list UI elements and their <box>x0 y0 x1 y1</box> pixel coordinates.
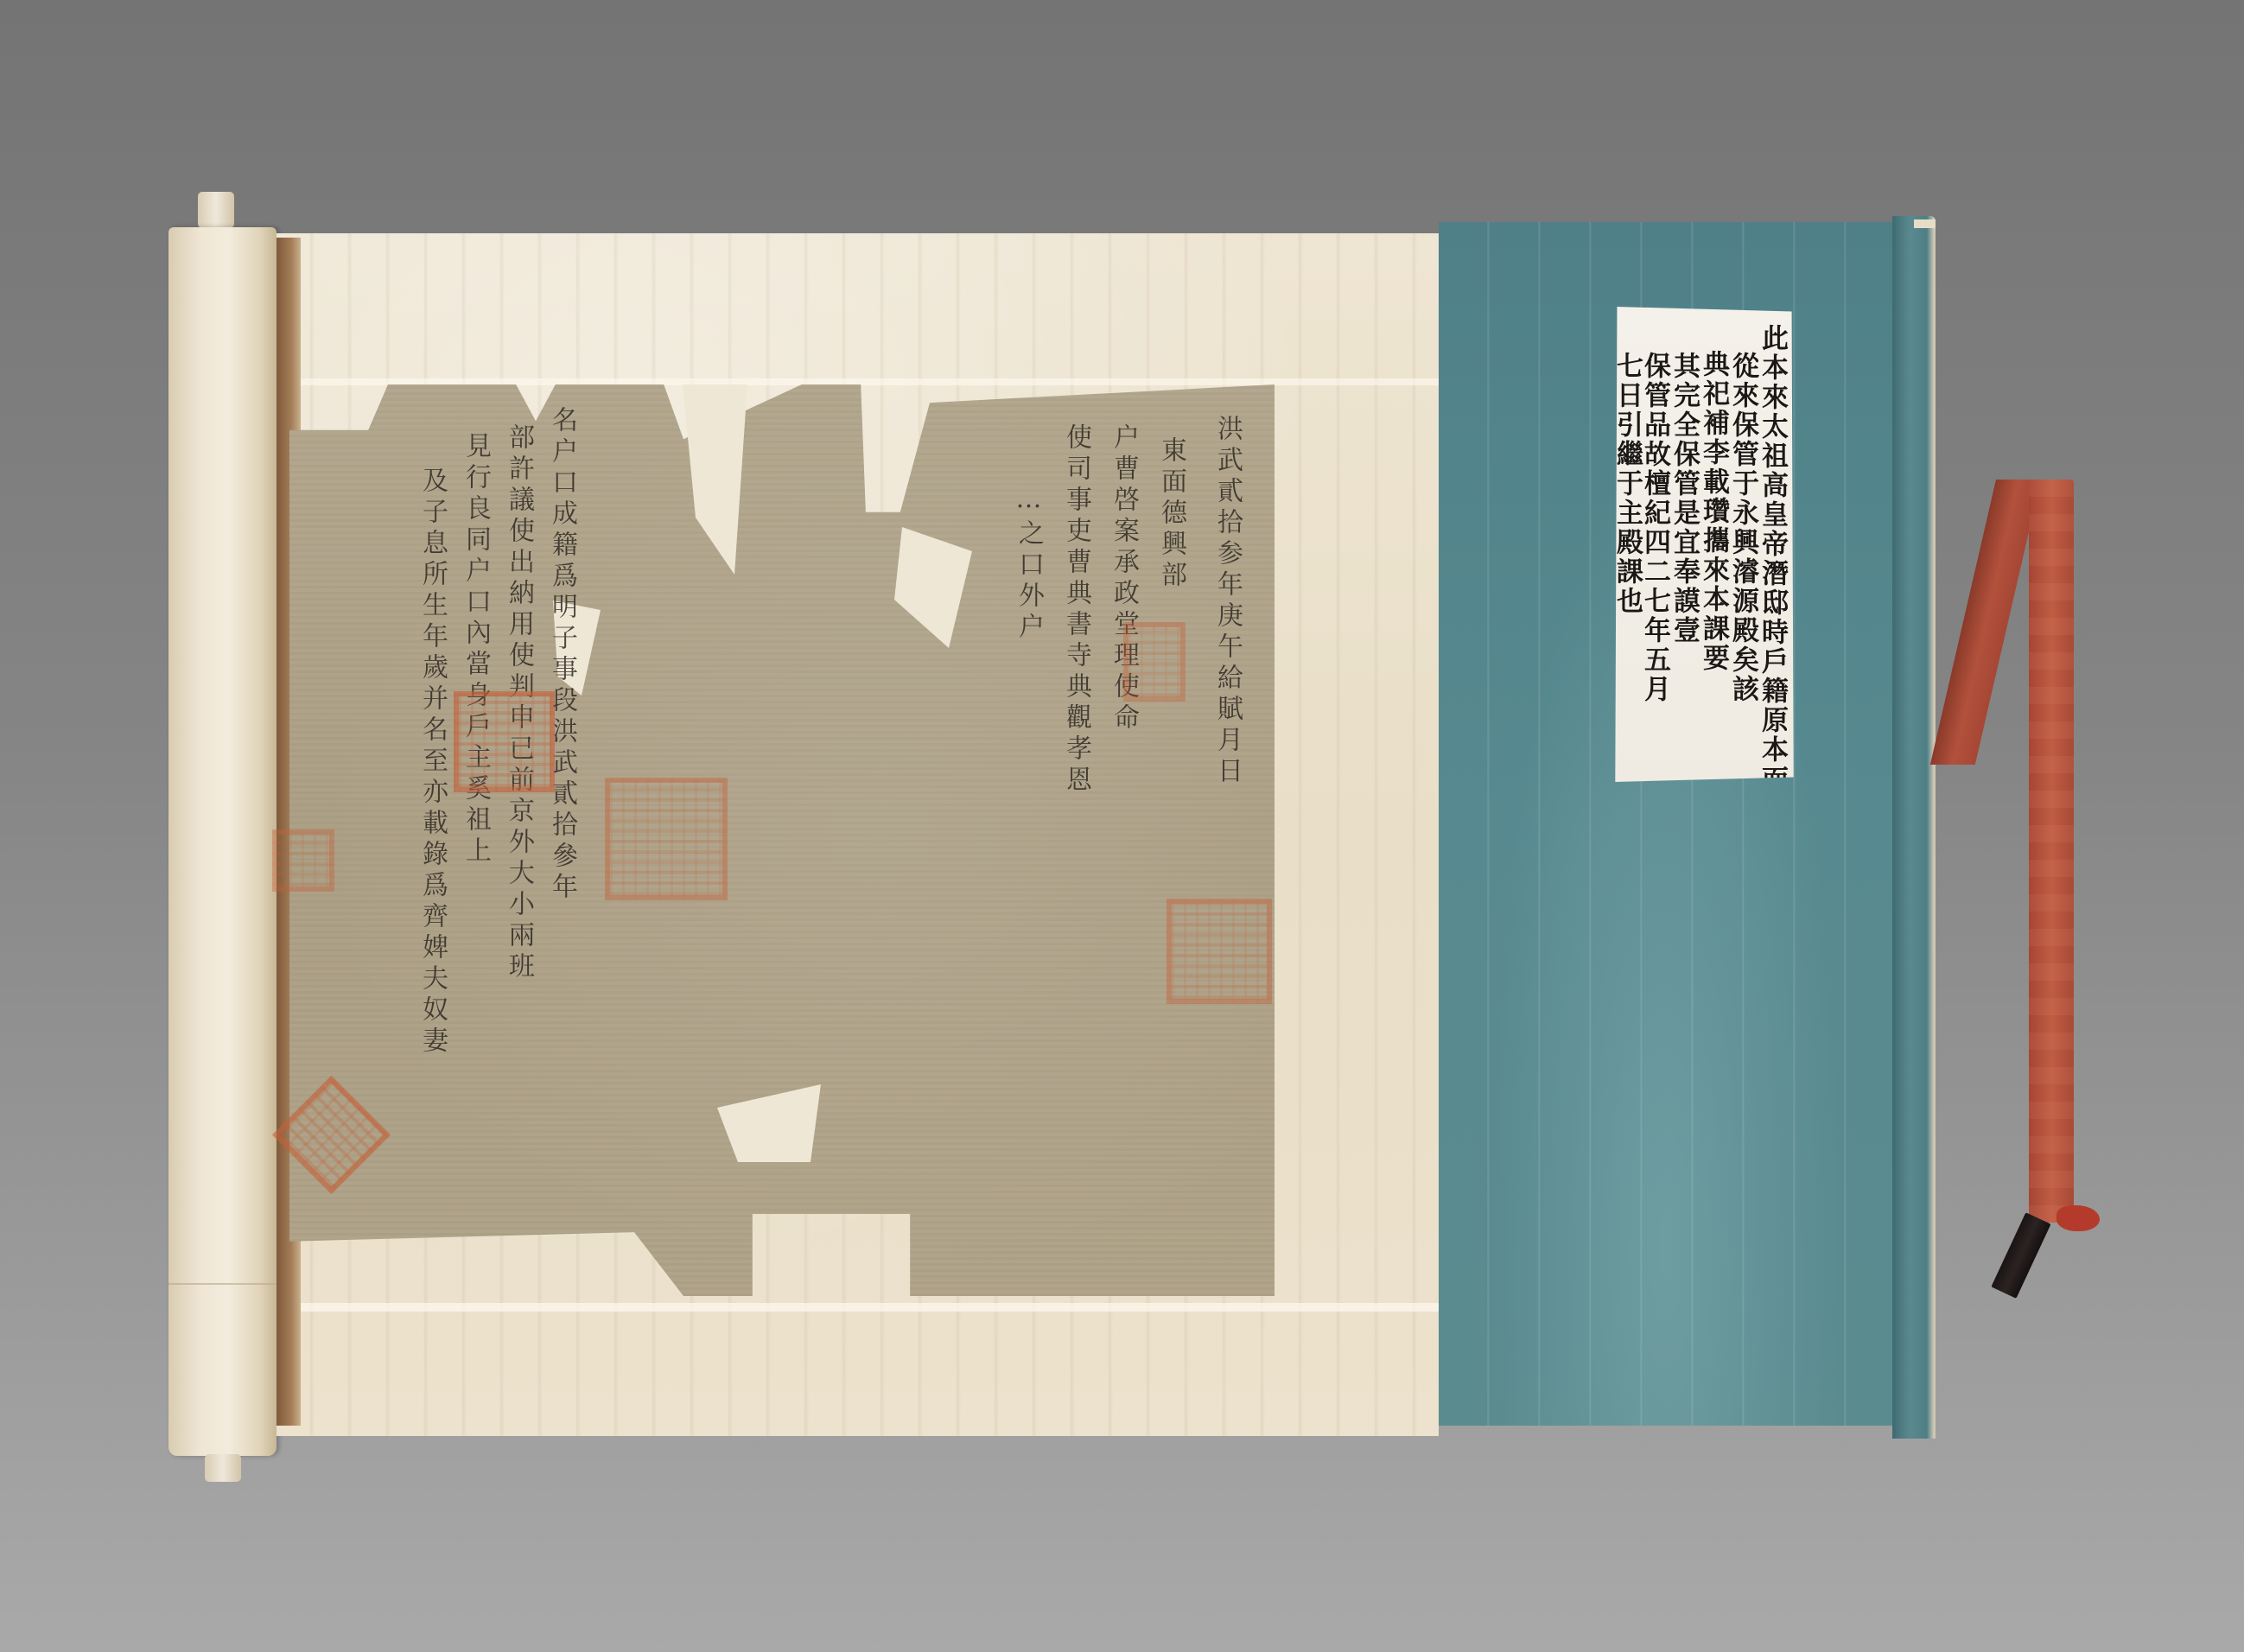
red-seal-stamp <box>454 691 555 792</box>
document-column: 見行良同户口內當身戶主奚祖上 <box>458 432 493 867</box>
document-column: 名户口成籍爲明子事段洪武貳拾參年 <box>544 406 579 904</box>
red-seal-stamp <box>1166 899 1272 1004</box>
label-column: 從來保管于永興濬源殿矣該 <box>1729 352 1756 704</box>
red-seal-stamp <box>272 829 334 892</box>
red-ribbon-loop <box>1930 480 2041 765</box>
cover-flap-worn-edge <box>1914 219 1936 228</box>
ribbon-knot <box>2056 1205 2100 1231</box>
label-column: 典祀補李載瓚攜來本課要 <box>1700 350 1726 673</box>
label-column: 保管品故檀紀四二七年五月 <box>1641 352 1668 704</box>
roller-bottom-cap <box>205 1454 241 1482</box>
scroll-roller <box>168 227 277 1456</box>
roller-top-cap <box>198 192 234 228</box>
red-ribbon-tie <box>2029 480 2074 1223</box>
mount-band-top <box>301 378 1439 385</box>
red-seal-stamp <box>1123 622 1186 702</box>
label-column: 其完全保管是宜奉謨壹 <box>1670 352 1697 645</box>
label-column: 此本來太祖高皇帝潛邸時戶籍原本而 <box>1758 324 1785 794</box>
red-seal-stamp <box>605 778 728 900</box>
title-label-slip: 此本來太祖高皇帝潛邸時戶籍原本而 從來保管于永興濬源殿矣該 典祀補李載瓚攜來本課… <box>1611 307 1797 782</box>
black-toggle-fastener <box>1991 1212 2050 1299</box>
document-column: …之口外户 <box>1011 484 1046 644</box>
label-column: 七日引繼于主殿課也 <box>1613 352 1640 616</box>
mount-band-bottom <box>301 1303 1439 1312</box>
document-column: 東面德興部 <box>1154 436 1188 592</box>
document-column: 洪武貳拾参年庚午給賦月日 <box>1210 415 1244 788</box>
document-column: 及子息所生年歲并名至亦載錄爲齊婢夫奴妻 <box>415 467 449 1058</box>
cover-end-flap <box>1892 216 1936 1439</box>
document-column: 使司事吏曹典書寺典觀孝恩 <box>1058 423 1093 797</box>
